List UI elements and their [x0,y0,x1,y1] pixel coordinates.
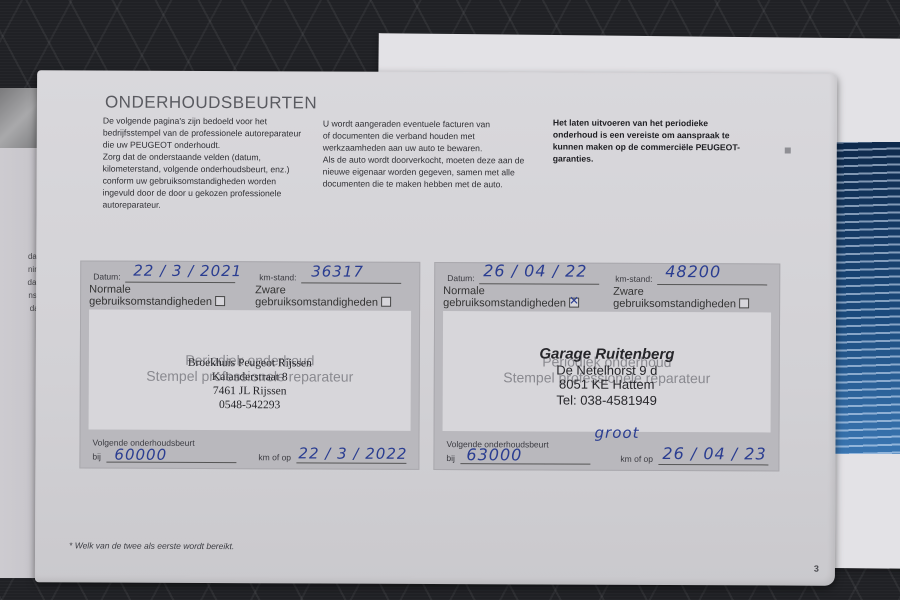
next-service-row: Volgende onderhoudsbeurt bij 60000 km of… [88,433,410,466]
km-or-on-label: km of op [620,454,653,464]
next-date-line [658,464,768,465]
service-entry-2: Datum: 26 / 04 / 22 km-stand: 48200 Norm… [433,262,780,472]
heavy-conditions-checkbox[interactable] [739,298,749,308]
heavy-conditions-label: Zware gebruiksomstandigheden [613,286,736,311]
service-entry-1: Datum: 22 / 3 / 2021 km-stand: 36317 Nor… [79,260,420,469]
page-number: 3 [814,564,819,574]
date-label: Datum: [93,272,120,282]
heavy-conditions-checkbox[interactable] [381,297,391,307]
normal-conditions-label: Normale gebruiksomstandigheden [89,283,212,308]
maintenance-page: ONDERHOUDSBEURTEN De volgende pagina's z… [35,70,837,585]
footnote: * Welk van de twee als eerste wordt bere… [69,540,234,551]
marker-square [785,148,791,154]
date-label: Datum: [447,273,474,283]
at-label: bij [92,452,101,462]
entry-header: Datum: 22 / 3 / 2021 km-stand: 36317 [89,265,411,282]
stamp-area: Periodiek onderhoud Stempel professionel… [89,309,412,430]
km-label: km-stand: [259,272,296,282]
stamp-dealer-name: Broekhuis Peugeot Rijssen [89,355,411,370]
km-value[interactable]: 36317 [311,262,364,280]
next-km-value[interactable]: 60000 [114,446,167,464]
next-km-value[interactable]: 63000 [466,445,522,464]
km-or-on-label: km of op [258,452,291,462]
heavy-conditions-label: Zware gebruiksomstandigheden [255,284,378,309]
stamp-street: Kalanderstraat 8 [89,369,411,384]
date-value[interactable]: 26 / 04 / 22 [483,261,587,280]
normal-conditions: Normale gebruiksomstandigheden [443,285,579,310]
next-date-value[interactable]: 26 / 04 / 23 [662,444,766,463]
normal-conditions-checkbox[interactable] [215,296,225,306]
stamp-area: Periodiek onderhoud Stempel professionel… [443,311,772,432]
at-label: bij [446,453,455,463]
normal-conditions: Normale gebruiksomstandigheden [89,283,225,308]
stamp-phone: Tel: 038-4581949 [443,393,771,408]
km-value[interactable]: 48200 [665,262,721,281]
stamp-phone: 0548-542293 [89,397,411,412]
normal-conditions-checkbox[interactable] [569,298,579,308]
stamp-city: 7461 JL Rijssen [89,383,411,398]
entry-header: Datum: 26 / 04 / 22 km-stand: 48200 [443,267,771,284]
page-heading: ONDERHOUDSBEURTEN [105,93,317,114]
stamp-city: 8051 KE Hattem [443,377,771,392]
intro-column-1: De volgende pagina's zijn bedoeld voor h… [103,115,323,212]
stamp-garage-name: Garage Ruitenberg [443,347,771,362]
handwritten-note: groot [595,424,640,442]
heavy-conditions: Zware gebruiksomstandigheden [613,286,749,311]
heavy-conditions: Zware gebruiksomstandigheden [255,284,391,309]
intro-column-3: Het laten uitvoeren van het periodieke o… [553,117,783,166]
next-date-value[interactable]: 22 / 3 / 2022 [298,444,407,462]
normal-conditions-label: Normale gebruiksomstandigheden [443,285,566,310]
intro-column-2: U wordt aangeraden eventuele facturen va… [323,118,543,191]
next-service-row: groot Volgende onderhoudsbeurt bij 63000… [442,435,770,468]
date-value[interactable]: 22 / 3 / 2021 [133,262,242,280]
km-label: km-stand: [615,274,652,284]
